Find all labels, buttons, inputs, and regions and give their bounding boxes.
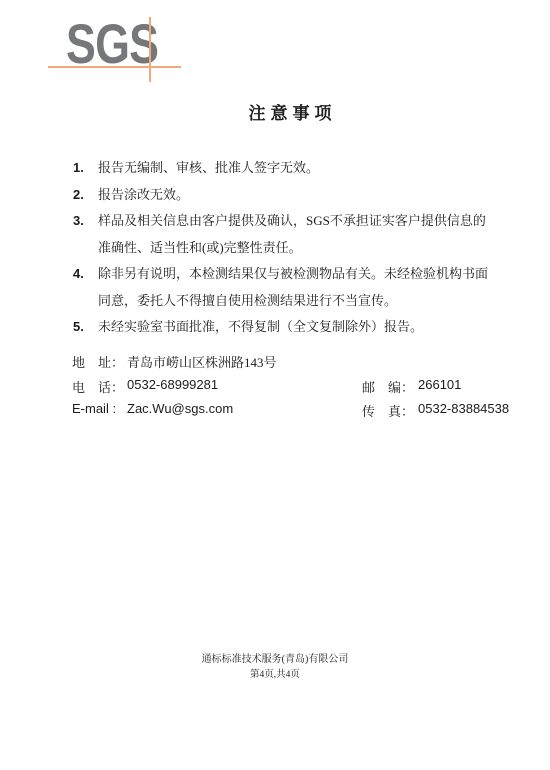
phone-value: 0532-68999281 bbox=[127, 377, 218, 397]
note-item-1: 1. 报告无编制、审核、批准人签字无效。 bbox=[73, 155, 497, 182]
fax-value: 0532-83884538 bbox=[418, 401, 509, 420]
logo-horizontal-line bbox=[48, 66, 181, 68]
note-text: 除非另有说明，本检测结果仅与被检测物品有关。未经检验机构书面同意，委托人不得擅自… bbox=[98, 261, 494, 314]
note-number: 5. bbox=[73, 314, 98, 341]
note-number: 4. bbox=[73, 261, 98, 288]
phone-label: 电 话： bbox=[72, 377, 127, 397]
note-item-2: 2. 报告涂改无效。 bbox=[73, 182, 497, 209]
footer-company-name: 通标标准技术服务(青岛)有限公司 bbox=[0, 652, 550, 668]
zip-group: 邮 编： 266101 bbox=[362, 377, 461, 396]
page-footer: 通标标准技术服务(青岛)有限公司 第4页,共4页 bbox=[0, 652, 550, 683]
email-label: E-mail : bbox=[72, 401, 127, 421]
note-number: 2. bbox=[73, 182, 98, 209]
logo-vertical-line bbox=[149, 17, 151, 82]
contact-row-phone-zip: 电 话： 0532-68999281 邮 编： 266101 bbox=[72, 377, 522, 397]
sgs-logo-text: SGS bbox=[66, 16, 158, 72]
note-item-4: 4. 除非另有说明，本检测结果仅与被检测物品有关。未经检验机构书面同意，委托人不… bbox=[73, 261, 497, 314]
footer-page-number: 第4页,共4页 bbox=[0, 668, 550, 683]
note-text: 样品及相关信息由客户提供及确认，SGS不承担证实客户提供信息的准确性、适当性和(… bbox=[98, 208, 494, 261]
note-text: 未经实验室书面批准，不得复制（全文复制除外）报告。 bbox=[98, 314, 494, 341]
note-number: 3. bbox=[73, 208, 98, 235]
notes-list: 1. 报告无编制、审核、批准人签字无效。 2. 报告涂改无效。 3. 样品及相关… bbox=[73, 155, 497, 341]
fax-label: 传 真： bbox=[362, 401, 418, 420]
page-title: 注意事项 bbox=[35, 99, 550, 124]
note-text: 报告涂改无效。 bbox=[98, 182, 494, 209]
address-value: 青岛市崂山区株洲路143号 bbox=[127, 352, 277, 372]
zip-label: 邮 编： bbox=[362, 377, 418, 396]
note-number: 1. bbox=[73, 155, 98, 182]
contact-row-address: 地 址： 青岛市崂山区株洲路143号 bbox=[72, 352, 522, 372]
note-text: 报告无编制、审核、批准人签字无效。 bbox=[98, 155, 494, 182]
fax-group: 传 真： 0532-83884538 bbox=[362, 401, 509, 420]
note-item-3: 3. 样品及相关信息由客户提供及确认，SGS不承担证实客户提供信息的准确性、适当… bbox=[73, 208, 497, 261]
zip-value: 266101 bbox=[418, 377, 461, 396]
address-label: 地 址： bbox=[72, 352, 127, 372]
email-value: Zac.Wu@sgs.com bbox=[127, 401, 233, 421]
contact-row-email-fax: E-mail : Zac.Wu@sgs.com 传 真： 0532-838845… bbox=[72, 401, 522, 421]
note-item-5: 5. 未经实验室书面批准，不得复制（全文复制除外）报告。 bbox=[73, 314, 497, 341]
